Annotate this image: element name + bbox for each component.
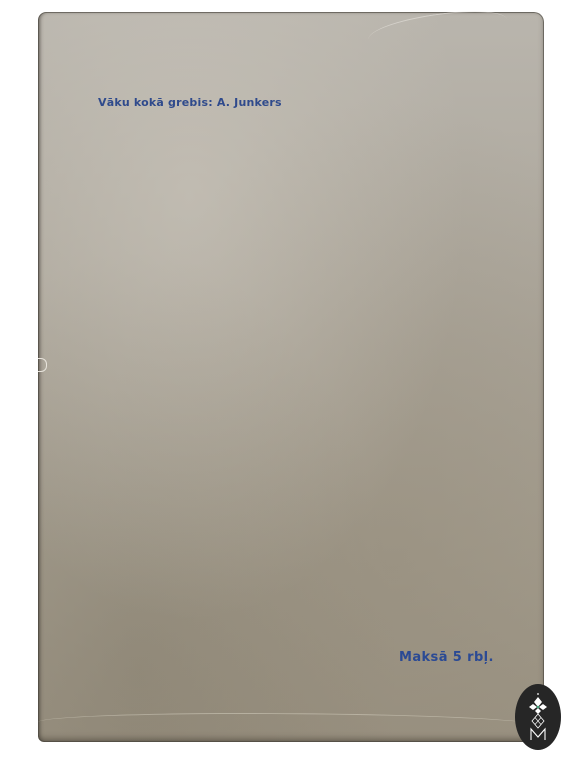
book-back-cover: [38, 12, 544, 742]
woodcut-credit-text: Vāku kokā grebis: A. Junkers: [98, 96, 282, 109]
diamond-flower-monogram-icon: [523, 690, 553, 744]
watermark-badge: [515, 684, 561, 750]
price-text: Maksā 5 rbļ.: [399, 650, 494, 665]
